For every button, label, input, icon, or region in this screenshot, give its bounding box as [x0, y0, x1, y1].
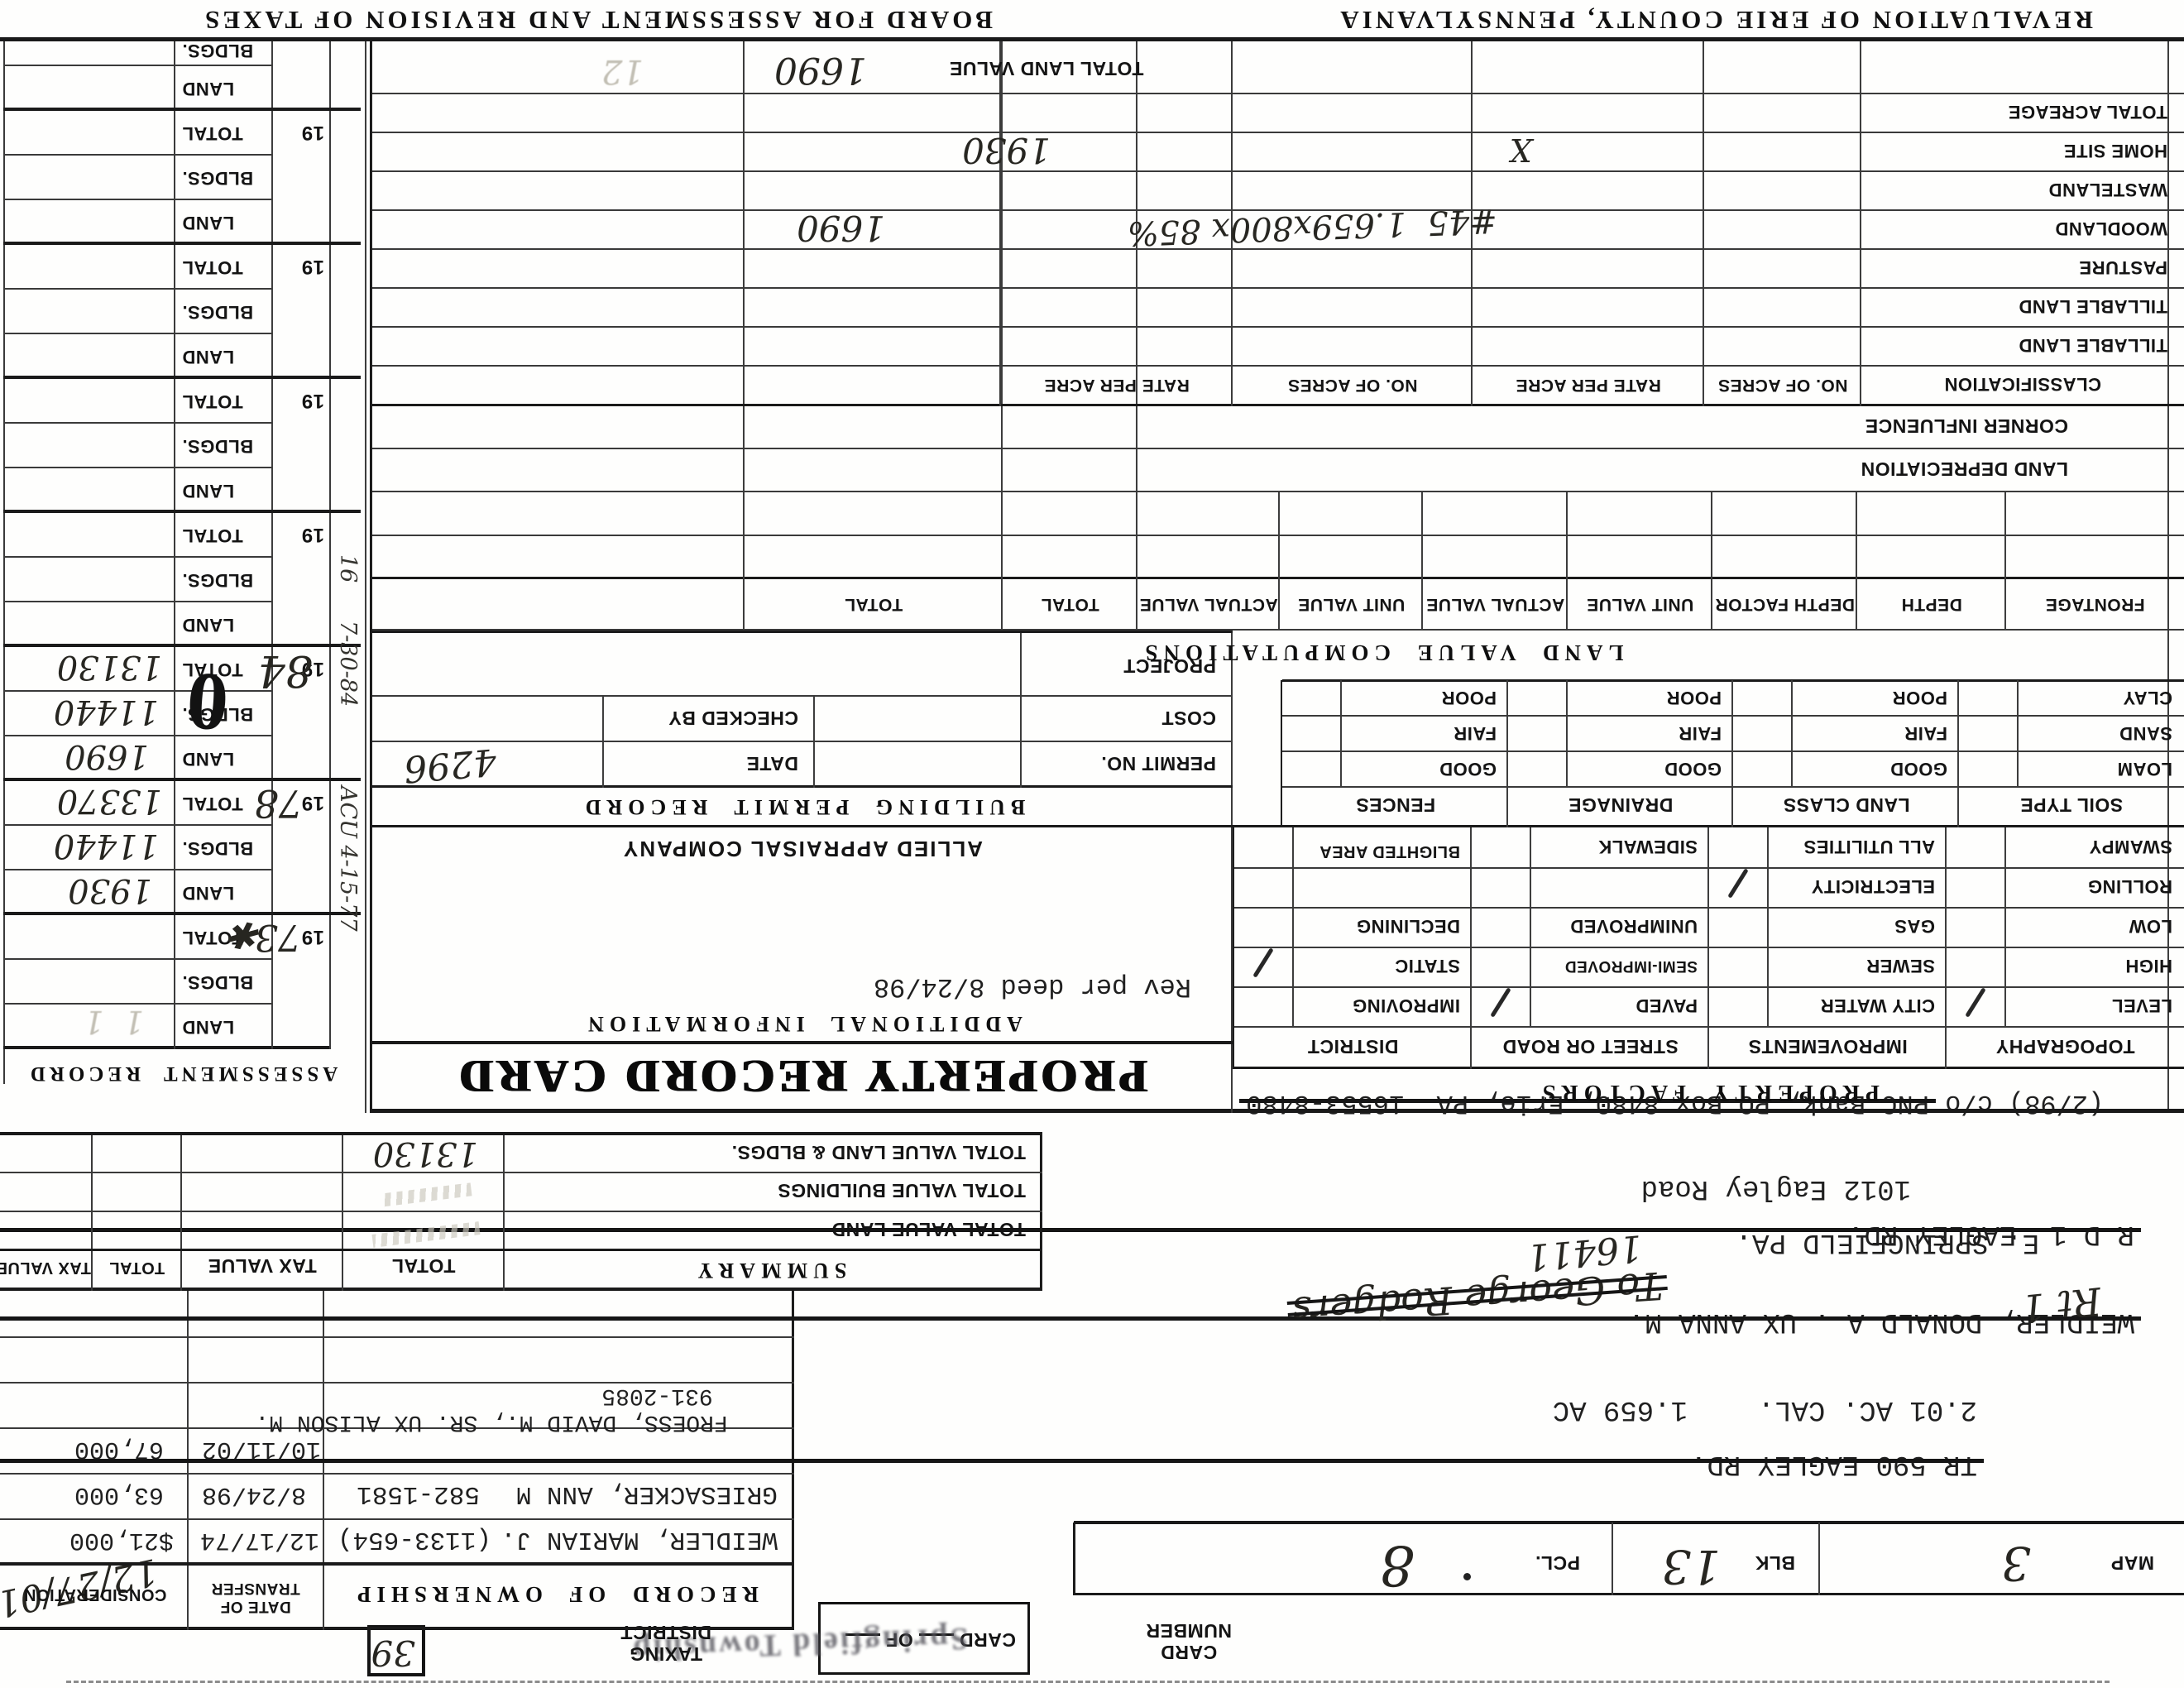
owner-row-1-name: WEIDLER, MARIAN J.	[500, 1524, 778, 1554]
factor-high: HIGH	[2125, 956, 2172, 976]
summary-col-taxvalue-1: TAX VALUE	[183, 1255, 342, 1277]
ownership-header-line	[0, 1562, 794, 1566]
title-bottom-heavy-line	[372, 1041, 1233, 1044]
permit-date-value: 4296	[402, 742, 497, 787]
lvc-col-unit-value-2: UNIT VALUE	[1280, 594, 1423, 614]
factors-row-line-1	[1234, 987, 2184, 989]
g2-row-line-1	[3, 736, 273, 737]
class-row-line-7	[372, 94, 2184, 95]
summary-col-total-1: TOTAL	[344, 1255, 503, 1277]
sheet-right-border	[3, 41, 5, 1084]
summary-bottom-line	[0, 1132, 1042, 1135]
factors-group-divider-4	[1233, 827, 1234, 1069]
g2-land-label: LAND	[182, 749, 271, 770]
lvc-col-actual-value-2: ACTUAL VALUE	[1137, 594, 1280, 614]
drainage-fair: FAIR	[1679, 723, 1722, 744]
soil-loam: LOAM	[2117, 759, 2172, 779]
scan-edge-dashes	[66, 1681, 2110, 1683]
factor-sidewalk: SIDEWALK	[1598, 837, 1698, 857]
land-depreciation-label: LAND DEPRECIATION	[1861, 458, 2068, 480]
g3-year-prefix: 19	[301, 523, 324, 546]
summary-row-line-2	[0, 1172, 1042, 1173]
rate-per-acre-col-1: RATE PER ACRE	[1473, 375, 1704, 395]
card-count-value: 39	[371, 1635, 415, 1670]
lvc-col-actual-value-1: ACTUAL VALUE	[1423, 594, 1568, 614]
owner-row-2-name: GRIESACKER, ANN M	[516, 1479, 778, 1508]
class-row-line-3	[372, 249, 2184, 251]
land-class-header: LAND CLASS	[1734, 794, 1959, 816]
owner-row-3-deed: 931-2085	[601, 1383, 712, 1408]
class-wasteland: WASTELAND	[2048, 180, 2167, 200]
g7-land-label: LAND	[182, 79, 271, 99]
g5-row-line-2	[3, 289, 273, 290]
drainage-poor: POOR	[1666, 688, 1722, 708]
g1-total-value: 13370	[57, 784, 162, 818]
soil-header-line	[1282, 786, 2184, 788]
summary-top-line	[0, 1288, 1042, 1291]
g1-land-value: 1930	[68, 874, 152, 907]
landclass-good: GOOD	[1890, 759, 1947, 779]
permit-checked-by-label: CHECKED BY	[668, 707, 798, 729]
blk-pcl-divider	[1612, 1523, 1613, 1595]
ownership-title: RECORD OF OWNERSHIP	[324, 1583, 786, 1605]
g6-land-label: LAND	[182, 213, 271, 233]
summary-left-line	[1040, 1134, 1042, 1291]
document-sheet: CARD NUMBER CARD OF Springfield Township…	[0, 0, 2184, 1688]
g4-total-label: TOTAL	[182, 391, 271, 412]
fences-good: GOOD	[1439, 759, 1497, 779]
summary-header-line	[0, 1249, 1042, 1251]
g6-row-line-1	[3, 199, 273, 201]
permit-cost-label: COST	[1161, 707, 1216, 729]
lvc-col-line-7	[1137, 41, 1138, 631]
consideration-header: CONSIDERATION	[3, 1585, 187, 1604]
factor-sewer: SEWER	[1866, 956, 1935, 976]
banner-rule	[0, 37, 2184, 41]
classification-header-top	[372, 404, 2184, 406]
class-row-line-5	[372, 171, 2184, 173]
class-home-site: HOME SITE	[2063, 141, 2167, 161]
summary-col-total-2: TOTAL	[93, 1258, 180, 1277]
assessment-group-sep-6	[3, 242, 361, 245]
topography-header: TOPOGRAPHY	[1947, 1036, 2184, 1057]
g3-land-label: LAND	[182, 615, 271, 635]
lvc-col-depth-factor: DEPTH FACTOR	[1712, 594, 1857, 614]
g2-year-value: 84	[258, 649, 313, 692]
assessment-box-left	[329, 41, 331, 1049]
g1-bldgs-label: BLDGS.	[182, 838, 271, 859]
taxing-line2: DISTRICT	[620, 1622, 711, 1643]
summary-row-buildings-label: TOTAL VALUE BUILDINGS	[778, 1180, 1026, 1201]
permit-row-line-2	[372, 695, 1233, 697]
landclass-fair: FAIR	[1904, 723, 1947, 744]
factors-row-line-3	[1234, 908, 2184, 909]
class-col-line-2	[1703, 41, 1705, 406]
soil-sand: SAND	[2119, 723, 2172, 744]
blk-value: 13	[1662, 1542, 1721, 1589]
g5-row-line-1	[3, 333, 273, 335]
ownership-top-line	[0, 1627, 794, 1630]
lvc-col-total-2: TOTAL	[745, 594, 1003, 614]
margin-note-16: 16	[337, 554, 359, 583]
lvc-col-frontage: FRONTAGE	[2006, 594, 2184, 614]
lvc-col-line-9	[744, 41, 745, 631]
owner-row-1-deed: (1133-654)	[338, 1524, 491, 1554]
g3-bldgs-label: BLDGS.	[182, 570, 271, 591]
dep-row-line	[372, 448, 2184, 450]
factor-electricity: ELECTRICITY	[1811, 876, 1935, 897]
g7-row-line-1	[3, 65, 273, 67]
owner-address-line1: TR 590 EAGLEY RD.	[0, 1447, 1977, 1479]
permit-date-label: DATE	[746, 753, 798, 774]
factors-top-heavy-line	[372, 1109, 2184, 1113]
additional-information-title: ADDITIONAL INFORMATION	[372, 1013, 1233, 1034]
permit-col-line-2	[814, 697, 816, 788]
class-woodland: WOODLAND	[2055, 218, 2167, 239]
class-tillable-1: TILLABLE LAND	[2019, 335, 2167, 356]
owner-address-line2a: 2.01 AC. CAL.	[1758, 1393, 1977, 1425]
class-pasture: PASTURE	[2079, 257, 2167, 278]
factors-check-divider-4	[1293, 827, 1295, 1028]
g3-row-line-1	[3, 602, 273, 603]
taxing-line1: TAXING	[630, 1643, 702, 1665]
g1-land-label: LAND	[182, 883, 271, 904]
factors-check-divider-1	[2005, 827, 2007, 1028]
factor-low: LOW	[2129, 916, 2172, 937]
property-record-card-title: PROPERTY RECORD CARD	[372, 1053, 1233, 1099]
total-land-value-amount: 1690	[774, 51, 867, 88]
g1-row-line-1	[3, 870, 273, 871]
owner-line5-zip: 16411	[1525, 1229, 1643, 1275]
g0-bldgs-label: BLDGS.	[182, 972, 271, 993]
factor-improving: IMPROVING	[1353, 995, 1460, 1016]
date-of-transfer-header: DATE OF TRANSFER	[190, 1579, 321, 1615]
street-or-road-header: STREET OR ROAD	[1472, 1036, 1709, 1057]
factors-check-divider-3	[1530, 827, 1532, 1028]
g3-row-line-2	[3, 557, 273, 559]
class-total-acreage: TOTAL ACREAGE	[2008, 102, 2167, 122]
g0-land-value: 1 1	[84, 1006, 144, 1038]
g5-total-label: TOTAL	[182, 257, 271, 278]
no-of-acres-col-1: NO. OF ACRES	[1704, 375, 1861, 395]
total-land-value-faint-mark: 12	[601, 55, 644, 88]
owner-address-line2b: 1.659 AC	[1553, 1393, 1688, 1425]
factors-row-line-2	[1234, 947, 2184, 949]
g0-year-prefix: 19	[301, 925, 324, 948]
factor-paved: PAVED	[1636, 995, 1698, 1016]
assessment-label-col-line	[175, 41, 176, 1049]
building-permit-record-title: BUILDING PERMIT RECORD	[372, 796, 1233, 818]
g4-land-label: LAND	[182, 481, 271, 501]
g7-bldgs-label: BLDGS.	[182, 41, 271, 61]
zero-overstamp: 0	[184, 659, 232, 744]
assessment-group-sep-1	[3, 912, 361, 915]
check-mark-icon-paved	[1490, 987, 1511, 1018]
center-column-right-line2	[366, 41, 367, 1113]
class-row-line-2	[372, 288, 2184, 290]
summary-title: SUMMARY	[505, 1259, 1034, 1281]
class-total-land-value: TOTAL LAND VALUE	[889, 58, 1204, 79]
permit-bottom-line	[372, 631, 1233, 633]
corner-influence-label: CORNER INFLUENCE	[1865, 415, 2068, 437]
check-mark-icon-level	[1965, 987, 1985, 1018]
landclass-poor: POOR	[1892, 688, 1947, 708]
factor-swampy: SWAMPY	[2089, 837, 2172, 857]
permit-top-line	[372, 825, 1233, 827]
property-factors-title: PROPERTY FACTORS	[1233, 1081, 2184, 1104]
owner-row-1-amount: $21,000	[69, 1526, 174, 1555]
g6-row-line-2	[3, 155, 273, 156]
factor-semi-improved: SEMI-IMPROVED	[1564, 957, 1698, 975]
soil-check-divider-1	[2018, 680, 2019, 788]
no-of-acres-col-2: NO. OF ACRES	[1233, 375, 1473, 395]
soil-bottom-line	[1282, 679, 2184, 682]
permit-col-line-3	[603, 697, 605, 788]
factors-row-line-4	[1234, 868, 2184, 870]
lvc-col-total-1: TOTAL	[1003, 594, 1137, 614]
date-of-line1: DATE OF	[220, 1598, 290, 1615]
g0-row-line-2	[3, 959, 273, 961]
assessment-group-sep-7	[3, 108, 361, 111]
permit-header-line	[372, 785, 1233, 788]
fences-header: FENCES	[1283, 794, 1508, 816]
class-row-line-6	[372, 132, 2184, 134]
soil-check-divider-3	[1567, 680, 1569, 788]
pcl-value: 8	[1380, 1537, 1415, 1592]
factor-blighted-area: BLIGHTED AREA	[1319, 842, 1460, 861]
card-number-label: CARD NUMBER	[1118, 1619, 1259, 1663]
g2-bldgs-value: 11440	[54, 695, 159, 728]
classification-col-header: CLASSIFICATION	[1861, 374, 2184, 395]
g1-year-value: 78	[254, 784, 303, 822]
lvc-col-unit-value-1: UNIT VALUE	[1568, 594, 1712, 614]
g1-year-prefix: 19	[301, 791, 324, 814]
card-number-line1: CARD	[1161, 1642, 1217, 1663]
owner-row-1-date: 12/17/74	[200, 1526, 319, 1555]
summary-row-line-1	[0, 1211, 1042, 1212]
card-number-line2: NUMBER	[1146, 1620, 1232, 1642]
g3-total-label: TOTAL	[182, 525, 271, 546]
banner-revaluation: REVALUATION OF ERIE COUNTY, PENNSYLVANIA	[1337, 7, 2093, 33]
g6-bldgs-label: BLDGS.	[182, 168, 271, 189]
summary-landbldgs-total: 13130	[373, 1137, 478, 1170]
summary-col-line-2	[342, 1134, 343, 1291]
class-col-line-5	[1000, 41, 1002, 406]
map-value: 3	[2001, 1539, 2031, 1585]
class-tillable-2: TILLABLE LAND	[2019, 296, 2167, 317]
margin-note-date: 7-30-84	[337, 621, 359, 707]
factor-all-utilities: ALL UTILITIES	[1803, 837, 1935, 857]
erased-handwriting-2	[380, 1182, 472, 1206]
class-row-line-1	[372, 327, 2184, 328]
additional-information-note: Rev per deed 8/24/98	[874, 971, 1191, 1001]
classification-header-bottom	[372, 365, 2184, 367]
soil-check-divider-2	[1792, 680, 1794, 788]
factor-declining: DECLINING	[1357, 916, 1461, 937]
factor-static: STATIC	[1395, 956, 1460, 976]
scanned-property-record-card: CARD NUMBER CARD OF Springfield Township…	[0, 0, 2184, 1688]
woodland-total-value: 1690	[797, 210, 885, 245]
summary-row-land-label: TOTAL VALUE LAND	[831, 1219, 1026, 1240]
owner-row-3-name: FROESS, DAVID M., SR. UX ALISON M. 931-2…	[255, 1355, 783, 1461]
check-mark-icon-static	[1252, 947, 1273, 978]
factors-group-divider-1	[1945, 827, 1947, 1069]
owner-row-2-amount: 63,000	[74, 1480, 164, 1509]
factors-group-divider-3	[1470, 827, 1472, 1069]
soil-row-line-1	[1282, 751, 2184, 753]
g2-row-line-2	[3, 691, 273, 693]
assessment-box-top	[3, 1046, 331, 1049]
home-site-x-mark: X	[1510, 134, 1532, 165]
lvc-col-depth: DEPTH	[1857, 594, 2006, 614]
owner-row-3-name-text: FROESS, DAVID M., SR. UX ALISON M.	[255, 1409, 727, 1435]
g6-year-prefix: 19	[301, 121, 324, 144]
assessment-group-sep-2	[3, 778, 361, 781]
drainage-good: GOOD	[1664, 759, 1722, 779]
factor-gas: GAS	[1894, 916, 1935, 937]
soil-row-line-2	[1282, 716, 2184, 717]
g1-bldgs-value: 11440	[54, 829, 159, 862]
fences-poor: POOR	[1441, 688, 1497, 708]
owner-line4-overwrite: Rt 1	[2019, 1282, 2103, 1328]
g5-year-prefix: 19	[301, 255, 324, 278]
g2-total-value: 13130	[57, 650, 162, 683]
g4-bldgs-label: BLDGS.	[182, 436, 271, 457]
factors-check-divider-2	[1768, 827, 1770, 1028]
g0-land-label: LAND	[182, 1017, 271, 1038]
banner-board: BOARD FOR ASSESSMENT AND REVISION OF TAX…	[202, 7, 993, 33]
land-value-computations-title: LAND VALUE COMPUTATIONS	[662, 641, 2101, 664]
g6-total-label: TOTAL	[182, 123, 271, 144]
owner-address-line6: 1012 Eagley Road	[1641, 1172, 1911, 1204]
map-label: MAP	[2110, 1552, 2154, 1574]
g4-row-line-2	[3, 423, 273, 424]
appraisal-company: ALLIED APPRAISAL COMPANY	[372, 836, 1233, 861]
g4-year-prefix: 19	[301, 389, 324, 412]
soil-clay: CLAY	[2123, 688, 2172, 708]
permit-row-line-1	[372, 741, 1233, 742]
summary-row-landbldgs-label: TOTAL VALUE LAND & BLDGS.	[731, 1142, 1026, 1163]
g4-row-line-1	[3, 468, 273, 469]
assessment-group-sep-4	[3, 510, 361, 513]
ink-dot	[1463, 1573, 1471, 1580]
g1-row-line-2	[3, 825, 273, 827]
soil-type-header: SOIL TYPE	[1959, 794, 2184, 816]
factor-city-water: CITY WATER	[1820, 995, 1935, 1016]
home-site-rate-value: 1930	[962, 132, 1051, 167]
drainage-header: DRAINAGE	[1508, 794, 1733, 816]
map-strip-bottom-line	[1074, 1521, 2184, 1524]
summary-col-taxvalue-2: TAX VALUE	[2, 1258, 91, 1277]
fences-fair: FAIR	[1454, 723, 1497, 744]
summary-col-line-4	[91, 1134, 93, 1291]
assessment-record-title: ASSESSMENT RECORD	[0, 1063, 364, 1084]
district-header: DISTRICT	[1234, 1036, 1472, 1057]
class-col-line-1	[1861, 41, 1862, 406]
blk-label: BLK	[1755, 1552, 1795, 1574]
soil-group-divider-4	[1281, 680, 1282, 827]
owner-row-2-deed: 582-1581	[357, 1479, 480, 1508]
permit-no-label: PERMIT NO.	[1101, 753, 1216, 774]
factor-unimproved: UNIMPROVED	[1570, 916, 1698, 937]
rate-per-acre-col-2: RATE PER ACRE	[1001, 375, 1233, 395]
improvements-header: IMPROVEMENTS	[1709, 1036, 1947, 1057]
map-blk-divider	[1818, 1523, 1820, 1595]
g5-land-label: LAND	[182, 347, 271, 367]
margin-note-acu: ACU 4-15-77	[337, 786, 359, 932]
factor-rolling: ROLLING	[2088, 876, 2173, 897]
assessment-group-sep-5	[3, 376, 361, 379]
map-strip-right-line	[1073, 1523, 1075, 1595]
g5-bldgs-label: BLDGS.	[182, 302, 271, 323]
pcl-label: PCL.	[1535, 1552, 1580, 1574]
soil-check-divider-4	[1341, 680, 1343, 788]
date-of-line2: TRANSFER	[211, 1580, 299, 1597]
summary-col-line-3	[180, 1134, 182, 1291]
g2-land-value: 1690	[65, 740, 149, 773]
ownership-row-line-1	[0, 1518, 794, 1520]
factors-group-divider-2	[1707, 827, 1709, 1069]
assessment-year-col-line	[272, 41, 274, 1049]
owner-row-2-date: 8/24/98	[202, 1480, 306, 1509]
owner-address-line5: E. SPRINGFIELD PA.	[1736, 1225, 2039, 1258]
owner-address-line3: WEIDLER, DONALD A . UX ANNA M.	[0, 1305, 2134, 1337]
factor-level: LEVEL	[2112, 995, 2172, 1016]
map-strip-top-line	[1074, 1593, 2184, 1595]
check-mark-icon-electricity	[1727, 868, 1748, 899]
